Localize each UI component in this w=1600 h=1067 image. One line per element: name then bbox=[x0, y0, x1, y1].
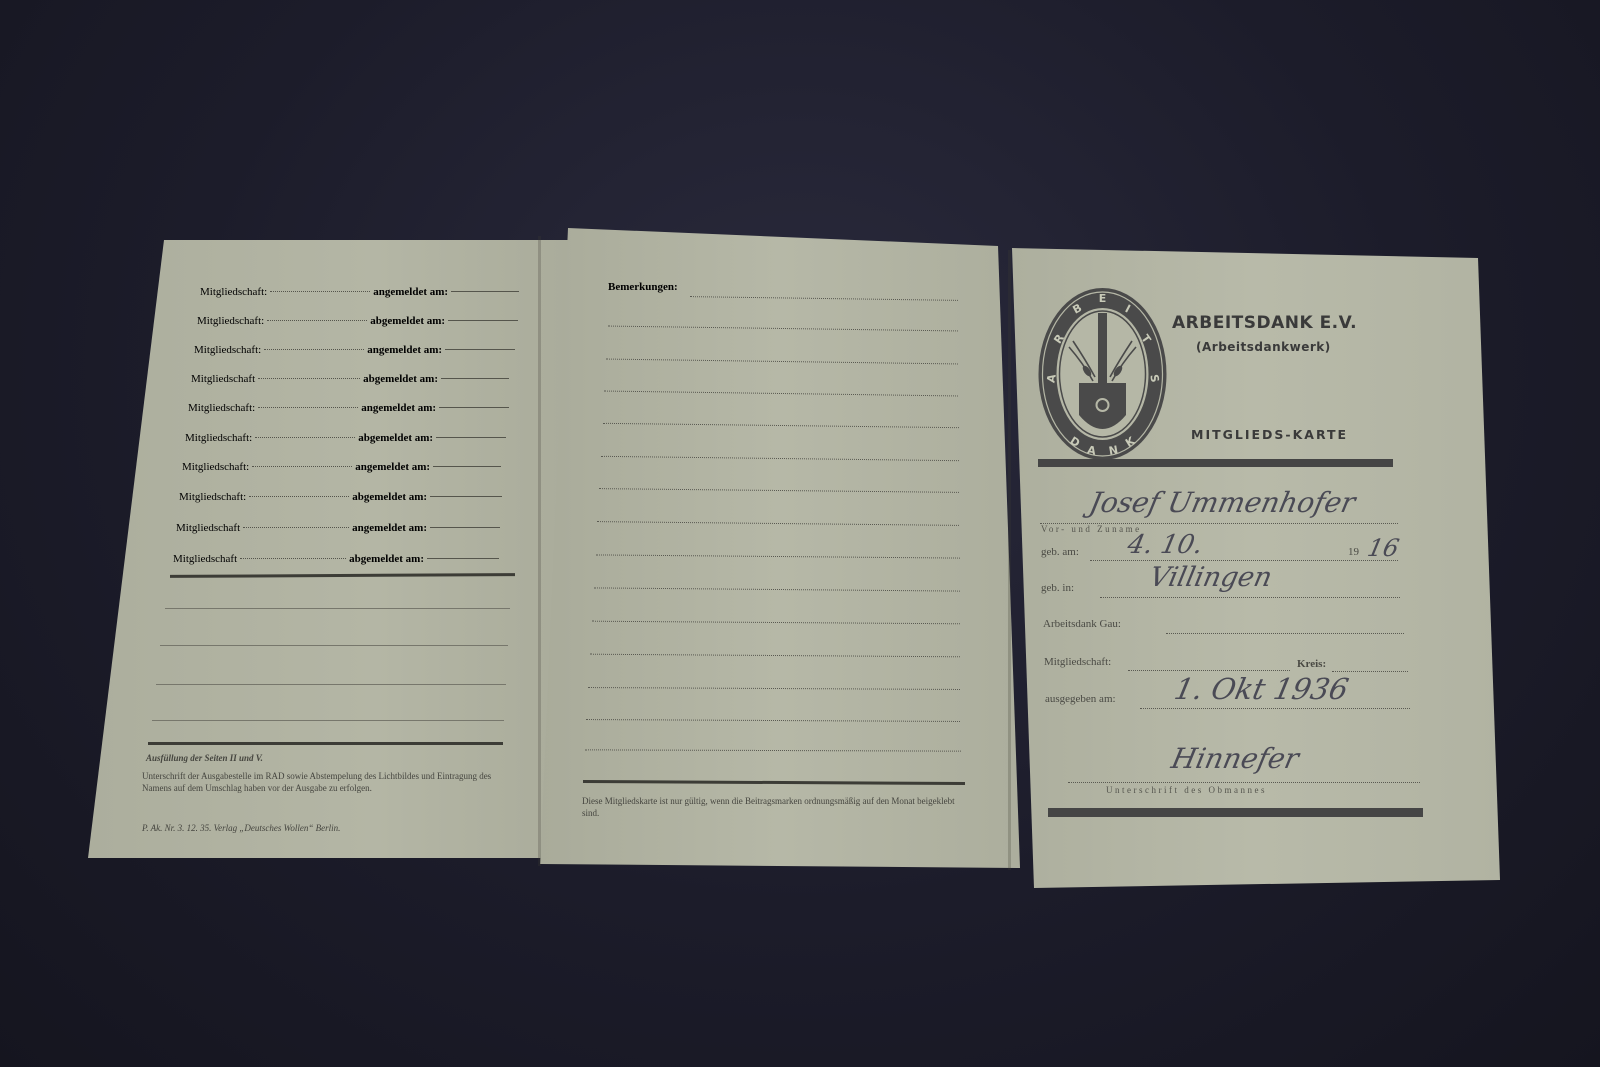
blank-line bbox=[249, 496, 349, 497]
blank-line bbox=[165, 608, 510, 609]
fold-crease bbox=[538, 236, 541, 866]
row-label: Mitgliedschaft bbox=[176, 522, 240, 534]
row-label: Mitgliedschaft: bbox=[185, 432, 252, 444]
name-label: Vor- und Zuname bbox=[1041, 524, 1142, 534]
row-state: angemeldet am: bbox=[352, 522, 427, 534]
row-label: Mitgliedschaft bbox=[191, 373, 255, 385]
membership-row: Mitgliedschaft: angemeldet am: bbox=[188, 402, 509, 414]
birth-date-value[interactable]: 4. 10. bbox=[1125, 530, 1206, 560]
membership-row: Mitgliedschaft: angemeldet am: bbox=[200, 286, 519, 298]
membership-row: Mitgliedschaft: abgemeldet am: bbox=[179, 491, 502, 503]
left-page-panel bbox=[88, 240, 568, 858]
middle-page-panel bbox=[540, 228, 1020, 868]
blank-line bbox=[430, 527, 500, 528]
row-label: Mitgliedschaft: bbox=[188, 402, 255, 414]
row-label: Mitgliedschaft: bbox=[197, 315, 264, 327]
membership-row: Mitgliedschaft: angemeldet am: bbox=[194, 344, 515, 356]
membership-label: Mitgliedschaft: bbox=[1044, 656, 1111, 668]
row-label: Mitgliedschaft: bbox=[182, 461, 249, 473]
organization-subtitle: (Arbeitsdankwerk) bbox=[1196, 340, 1331, 354]
membership-row: Mitgliedschaft abgemeldet am: bbox=[173, 553, 499, 565]
birth-year-value[interactable]: 16 bbox=[1365, 534, 1401, 562]
blank-line bbox=[441, 378, 509, 379]
blank-line bbox=[433, 466, 501, 467]
blank-line bbox=[264, 349, 364, 350]
membership-row: Mitgliedschaft abgemeldet am: bbox=[191, 373, 509, 385]
birth-year-prefix: 19 bbox=[1348, 546, 1359, 558]
blank-line bbox=[240, 558, 346, 559]
row-label: Mitgliedschaft bbox=[173, 553, 237, 565]
birth-place-label: geb. in: bbox=[1041, 582, 1074, 594]
membership-line[interactable] bbox=[1128, 670, 1290, 671]
svg-text:E: E bbox=[1099, 292, 1107, 305]
issued-value[interactable]: 1. Okt 1936 bbox=[1171, 672, 1351, 706]
membership-row: Mitgliedschaft angemeldet am: bbox=[176, 522, 500, 534]
row-label: Mitgliedschaft: bbox=[179, 491, 246, 503]
note-body: Unterschrift der Ausgabestelle im RAD so… bbox=[142, 770, 504, 794]
fold-crease bbox=[1008, 250, 1011, 870]
row-state: abgemeldet am: bbox=[349, 553, 424, 565]
gau-label: Arbeitsdank Gau: bbox=[1043, 618, 1121, 630]
imprint: P. Ak. Nr. 3. 12. 35. Verlag „Deutsches … bbox=[142, 822, 462, 834]
organization-emblem-icon: A R B E I T S D A N K bbox=[1035, 285, 1170, 463]
validity-note: Diese Mitgliedskarte ist nur gültig, wen… bbox=[582, 795, 972, 819]
issued-line bbox=[1140, 708, 1410, 709]
row-state: abgemeldet am: bbox=[358, 432, 433, 444]
blank-line bbox=[252, 466, 352, 467]
issued-label: ausgegeben am: bbox=[1045, 693, 1116, 705]
divider bbox=[148, 742, 503, 745]
row-label: Mitgliedschaft: bbox=[200, 286, 267, 298]
blank-line bbox=[258, 378, 360, 379]
birth-place-line bbox=[1100, 597, 1400, 598]
blank-line bbox=[436, 437, 506, 438]
gau-line[interactable] bbox=[1166, 633, 1404, 634]
name-value[interactable]: Josef Ummenhofer bbox=[1086, 486, 1358, 519]
row-label: Mitgliedschaft: bbox=[194, 344, 261, 356]
blank-line bbox=[243, 527, 349, 528]
signature-line bbox=[1068, 782, 1420, 783]
row-state: abgemeldet am: bbox=[363, 373, 438, 385]
blank-line bbox=[160, 645, 508, 646]
blank-line bbox=[267, 320, 367, 321]
signature-value: Hinnefer bbox=[1168, 742, 1301, 775]
header-bar bbox=[1038, 459, 1393, 467]
row-state: angemeldet am: bbox=[367, 344, 442, 356]
organization-name: ARBEITSDANK E.V. bbox=[1172, 313, 1357, 333]
blank-line bbox=[427, 558, 499, 559]
footer-bar bbox=[1048, 808, 1423, 817]
blank-line bbox=[258, 407, 358, 408]
row-state: angemeldet am: bbox=[373, 286, 448, 298]
blank-line bbox=[255, 437, 355, 438]
blank-line bbox=[430, 496, 502, 497]
blank-line bbox=[451, 291, 519, 292]
kreis-label: Kreis: bbox=[1297, 658, 1326, 670]
blank-line bbox=[445, 349, 515, 350]
row-state: abgemeldet am: bbox=[370, 315, 445, 327]
blank-line bbox=[439, 407, 509, 408]
birth-date-line bbox=[1090, 560, 1398, 561]
row-state: angemeldet am: bbox=[361, 402, 436, 414]
row-state: angemeldet am: bbox=[355, 461, 430, 473]
card-title: MITGLIEDS-KARTE bbox=[1191, 427, 1348, 442]
membership-row: Mitgliedschaft: abgemeldet am: bbox=[197, 315, 518, 327]
row-state: abgemeldet am: bbox=[352, 491, 427, 503]
remarks-label: Bemerkungen: bbox=[608, 281, 678, 293]
membership-row: Mitgliedschaft: abgemeldet am: bbox=[185, 432, 506, 444]
membership-row: Mitgliedschaft: angemeldet am: bbox=[182, 461, 501, 473]
blank-line bbox=[448, 320, 518, 321]
blank-line bbox=[270, 291, 370, 292]
blank-line bbox=[156, 684, 506, 685]
blank-line bbox=[152, 720, 504, 721]
birth-place-value[interactable]: Villingen bbox=[1147, 562, 1275, 593]
note-heading: Ausfüllung der Seiten II und V. bbox=[146, 752, 506, 764]
birth-date-label: geb. am: bbox=[1041, 546, 1079, 558]
signature-label: Unterschrift des Obmannes bbox=[1106, 785, 1267, 795]
